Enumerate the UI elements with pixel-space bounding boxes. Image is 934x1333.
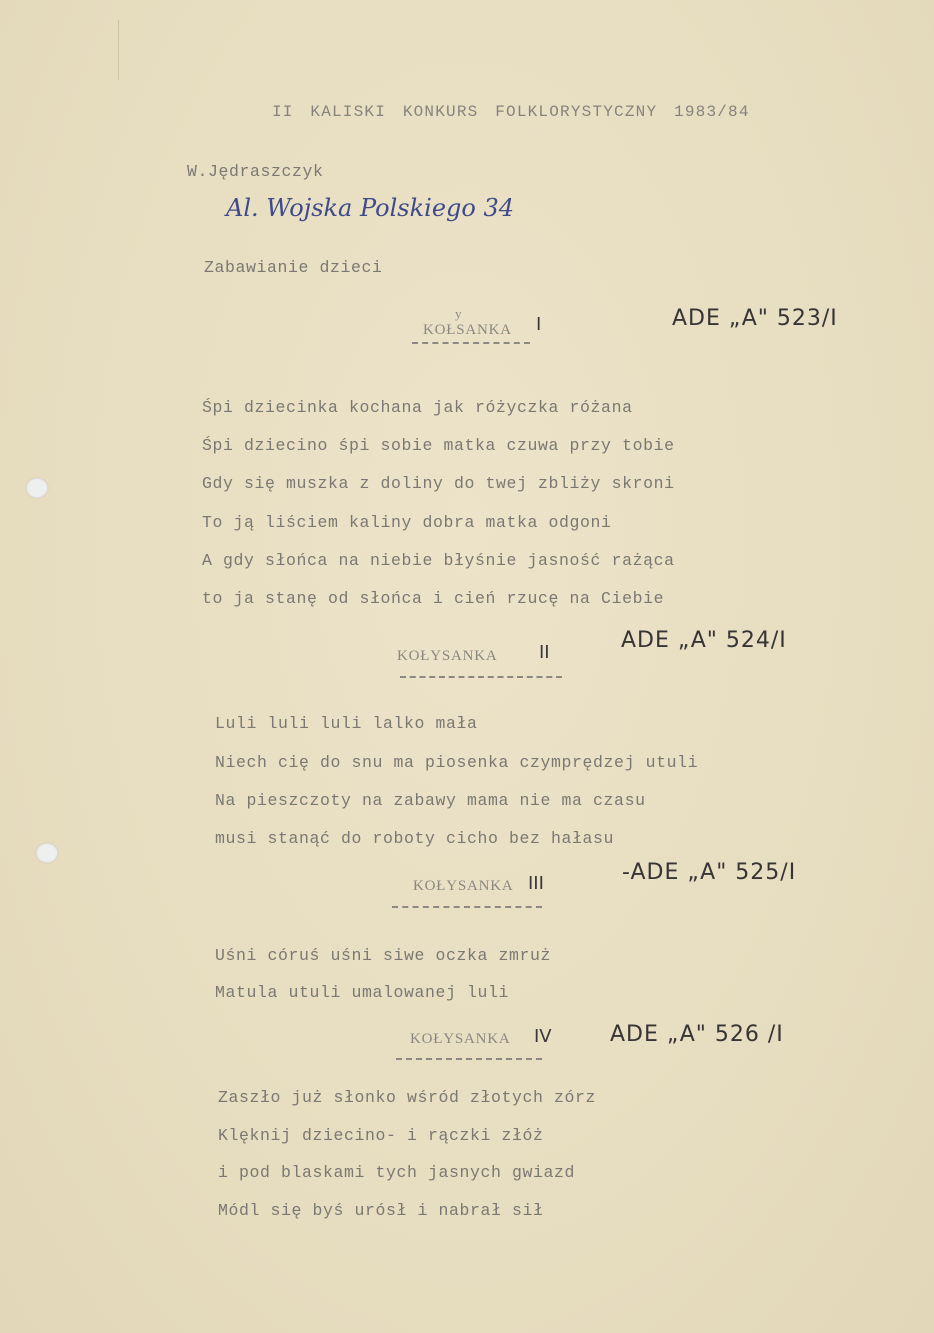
roman-numeral: III — [528, 873, 544, 894]
song-line: Klęknij dziecino- i rączki złóż — [218, 1126, 544, 1145]
song-line: musi stanąć do roboty cicho bez hałasu — [215, 829, 614, 848]
song-line: Matula utuli umalowanej luli — [215, 983, 509, 1002]
song-line: Zaszło już słonko wśród złotych zórz — [218, 1088, 596, 1107]
title-underline — [400, 676, 562, 678]
song-line: Módl się byś urósł i nabrał sił — [218, 1201, 544, 1220]
song-line: Śpi dziecinka kochana jak różyczka różan… — [202, 398, 633, 417]
document-header: II KALISKI KONKURS FOLKLORYSTYCZNY 1983/… — [272, 103, 750, 121]
author-name: W.Jędraszczyk — [187, 162, 324, 181]
song-title: KOŁYSANKA — [410, 1031, 511, 1048]
archive-reference: -ADE „A" 525/I — [622, 860, 796, 885]
song-line: Gdy się muszka z doliny do twej zbliży s… — [202, 474, 675, 493]
punch-hole-upper — [26, 478, 48, 498]
roman-numeral: II — [539, 642, 550, 663]
song-title: KOŁYSANKA — [397, 648, 498, 665]
song-line: Luli luli luli lalko mała — [215, 714, 478, 733]
document-page: II KALISKI KONKURS FOLKLORYSTYCZNY 1983/… — [0, 0, 934, 1333]
title-underline — [396, 1058, 542, 1060]
song-line: i pod blaskami tych jasnych gwiazd — [218, 1163, 575, 1182]
punch-hole-lower — [36, 843, 58, 863]
song-title-insert: y — [455, 306, 462, 322]
song-line: Uśni córuś uśni siwe oczka zmruż — [215, 946, 551, 965]
handwritten-address: Al. Wojska Polskiego 34 — [226, 194, 514, 222]
paper-crease — [118, 20, 119, 80]
archive-reference: ADE „A" 523/I — [672, 306, 838, 331]
song-line: Śpi dziecino śpi sobie matka czuwa przy … — [202, 436, 675, 455]
song-line: Na pieszczoty na zabawy mama nie ma czas… — [215, 791, 646, 810]
title-underline — [412, 342, 530, 344]
song-line: To ją liściem kaliny dobra matka odgoni — [202, 513, 612, 532]
archive-reference: ADE „A" 524/I — [621, 628, 787, 653]
song-title: KOŁYSANKA — [413, 878, 514, 895]
song-line: to ja stanę od słońca i cień rzucę na Ci… — [202, 589, 664, 608]
roman-numeral: I — [536, 314, 541, 335]
title-underline — [392, 906, 542, 908]
song-line: Niech cię do snu ma piosenka czymprędzej… — [215, 753, 698, 772]
category-label: Zabawianie dzieci — [204, 258, 383, 277]
song-line: A gdy słońca na niebie błyśnie jasność r… — [202, 551, 675, 570]
roman-numeral: IV — [534, 1026, 552, 1047]
archive-reference: ADE „A" 526 /I — [610, 1022, 784, 1047]
song-title: KOŁSANKA — [423, 322, 512, 339]
